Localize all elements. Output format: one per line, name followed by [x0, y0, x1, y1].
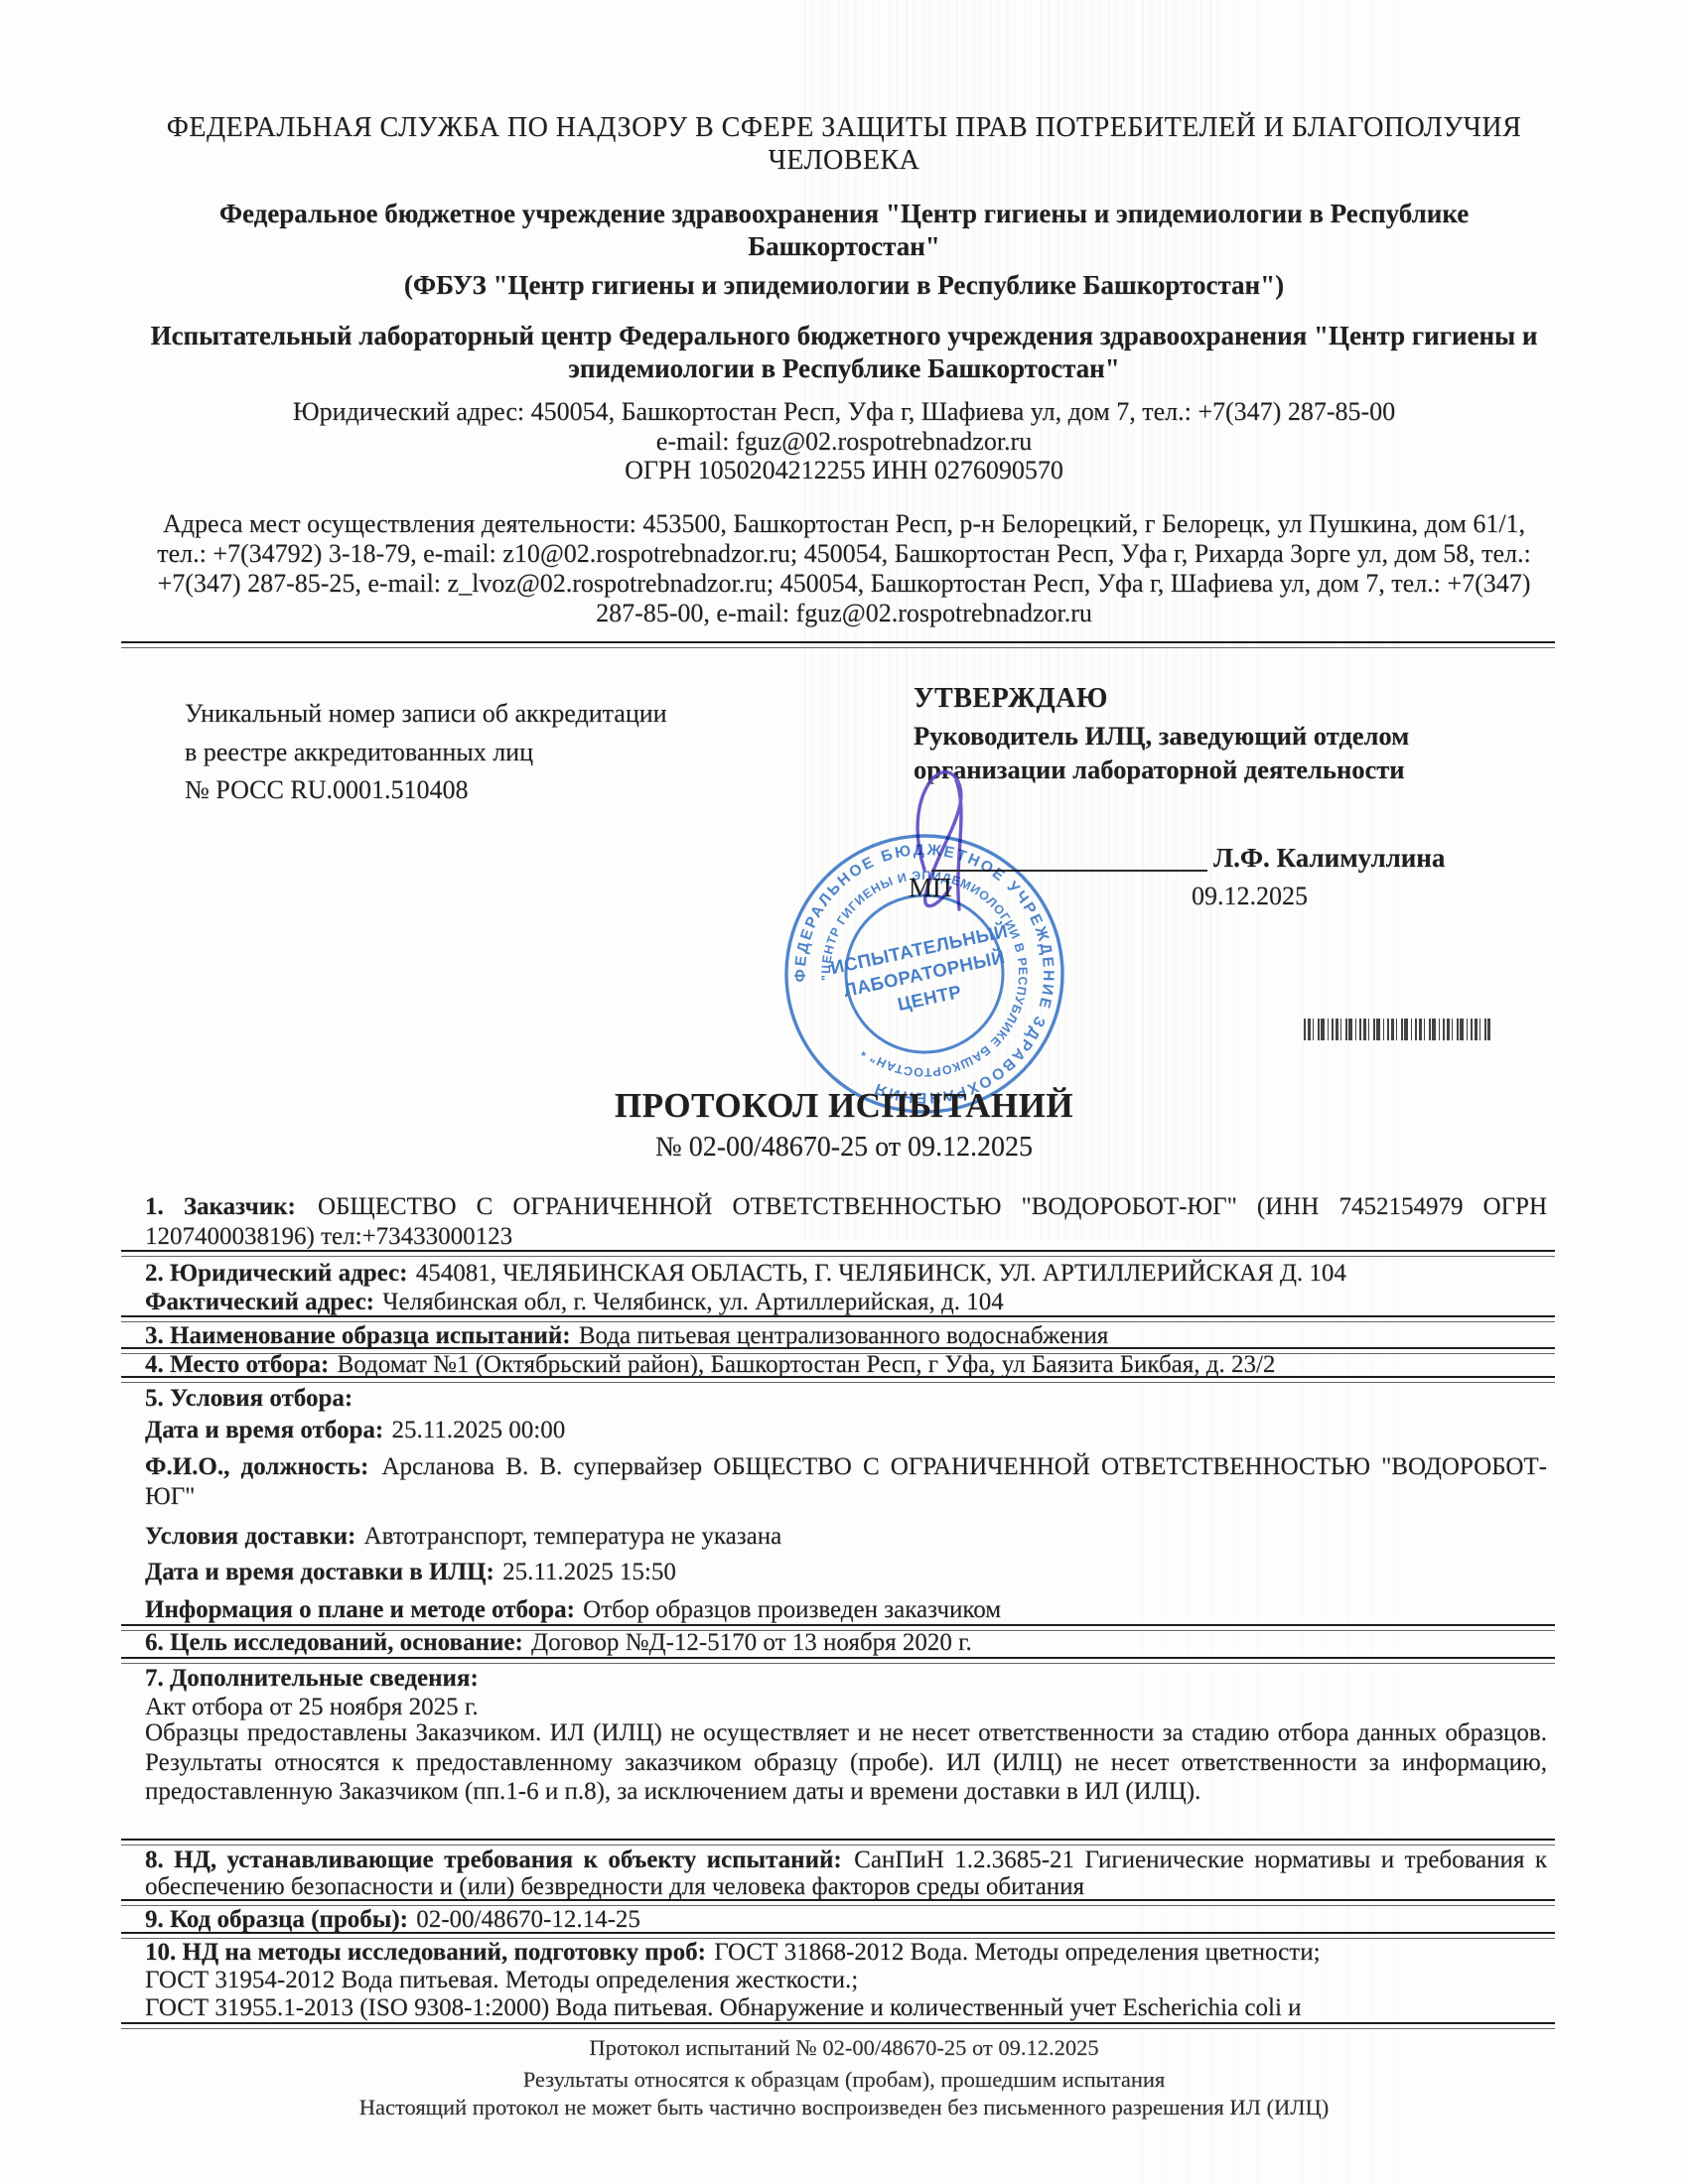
federal-service-name: ФЕДЕРАЛЬНАЯ СЛУЖБА ПО НАДЗОРУ В СФЕРЕ ЗА…	[149, 111, 1539, 177]
approver-role-line-2: организации лабораторной деятельности	[914, 753, 1410, 787]
section-9-sample-code: 9. Код образца (пробы): 02-00/48670-12.1…	[145, 1906, 1547, 1933]
approver-role: Руководитель ИЛЦ, заведующий отделом орг…	[914, 720, 1410, 786]
delivery-datetime-row: Дата и время доставки в ИЛЦ: 25.11.2025 …	[145, 1558, 1547, 1587]
divider	[121, 2022, 1555, 2029]
delivery-conditions-value: Автотранспорт, температура не указана	[364, 1523, 782, 1550]
approval-title: УТВЕРЖДАЮ	[914, 683, 1410, 715]
testing-laboratory-center-name: Испытательный лабораторный центр Федерал…	[149, 320, 1539, 385]
sampling-datetime-value: 25.11.2025 00:00	[391, 1417, 565, 1443]
divider	[121, 1657, 1555, 1664]
section-1-customer: 1. Заказчик: ОБЩЕСТВО С ОГРАНИЧЕННОЙ ОТВ…	[145, 1192, 1547, 1252]
email-line: e-mail: fguz@02.rospotrebnadzor.ru	[149, 427, 1539, 456]
footer-results-note: Результаты относятся к образцам (пробам)…	[149, 2067, 1539, 2093]
approver-name: Л.Ф. Калимуллина	[1213, 843, 1445, 874]
divider	[121, 1250, 1555, 1257]
sampler-name-row: Ф.И.О., должность: Арсланова В. В. супер…	[145, 1452, 1547, 1512]
section-8-label: 8. НД, устанавливающие требования к объе…	[145, 1846, 842, 1873]
section-6-value: Договор №Д-12-5170 от 13 ноября 2020 г.	[531, 1629, 972, 1656]
letterhead: ФЕДЕРАЛЬНАЯ СЛУЖБА ПО НАДЗОРУ В СФЕРЕ ЗА…	[149, 111, 1539, 628]
round-stamp-icon: ФЕДЕРАЛЬНОЕ БЮДЖЕТНОЕ УЧРЕЖДЕНИЕ ЗДРАВОО…	[771, 820, 1078, 1128]
divider	[121, 1932, 1555, 1939]
section-10-line-1: 10. НД на методы исследований, подготовк…	[145, 1939, 1547, 1967]
section-2-label: 2. Юридический адрес:	[145, 1260, 407, 1287]
section-4-value: Водомат №1 (Октябрьский район), Башкорто…	[338, 1351, 1276, 1378]
divider	[121, 1899, 1555, 1906]
section-5-header: 5. Условия отбора:	[145, 1384, 1547, 1414]
legal-address: Юридический адрес: 450054, Башкортостан …	[149, 397, 1539, 427]
scanned-test-protocol-page: ФЕДЕРАЛЬНАЯ СЛУЖБА ПО НАДЗОРУ В СФЕРЕ ЗА…	[0, 0, 1688, 2184]
section-1-value: ОБЩЕСТВО С ОГРАНИЧЕННОЙ ОТВЕТСТВЕННОСТЬЮ…	[145, 1193, 1547, 1250]
accreditation-line-1: Уникальный номер записи об аккредитации	[185, 695, 721, 734]
approval-block: УТВЕРЖДАЮ Руководитель ИЛЦ, заведующий о…	[914, 683, 1410, 786]
actual-address-value: Челябинская обл, г. Челябинск, ул. Артил…	[382, 1289, 1003, 1315]
section-9-value: 02-00/48670-12.14-25	[416, 1906, 640, 1933]
section-8-requirements: 8. НД, устанавливающие требования к объе…	[145, 1846, 1547, 1900]
sampling-datetime-row: Дата и время отбора: 25.11.2025 00:00	[145, 1416, 1547, 1445]
sampling-datetime-label: Дата и время отбора:	[145, 1417, 383, 1443]
organization-full-name: Федеральное бюджетное учреждение здравоо…	[149, 198, 1539, 263]
footer-protocol-reference: Протокол испытаний № 02-00/48670-25 от 0…	[149, 2035, 1539, 2061]
section-6-label: 6. Цель исследований, основание:	[145, 1629, 523, 1656]
divider	[121, 1376, 1555, 1383]
activity-addresses: Адреса мест осуществления деятельности: …	[149, 509, 1539, 628]
actual-address-label: Фактический адрес:	[145, 1289, 374, 1315]
section-3-value: Вода питьевая централизованного водоснаб…	[579, 1322, 1108, 1349]
section-6-purpose: 6. Цель исследований, основание: Договор…	[145, 1629, 1547, 1657]
section-10-label: 10. НД на методы исследований, подготовк…	[145, 1939, 706, 1966]
header-divider	[121, 641, 1555, 648]
section-2-legal-address: 2. Юридический адрес: 454081, ЧЕЛЯБИНСКА…	[145, 1259, 1547, 1289]
delivery-conditions-label: Условия доставки:	[145, 1523, 355, 1550]
document-number: № 02-00/48670-25 от 09.12.2025	[149, 1132, 1539, 1163]
footer-reproduction-note: Настоящий протокол не может быть частичн…	[149, 2095, 1539, 2120]
ogrn-inn-line: ОГРН 1050204212255 ИНН 0276090570	[149, 456, 1539, 484]
document-title: ПРОТОКОЛ ИСПЫТАНИЙ	[149, 1086, 1539, 1126]
section-5-label: 5. Условия отбора:	[145, 1385, 352, 1412]
sampling-plan-label: Информация о плане и методе отбора:	[145, 1596, 575, 1623]
section-4-label: 4. Место отбора:	[145, 1351, 329, 1378]
delivery-conditions-row: Условия доставки: Автотранспорт, темпера…	[145, 1522, 1547, 1552]
section-2-value: 454081, ЧЕЛЯБИНСКАЯ ОБЛАСТЬ, Г. ЧЕЛЯБИНС…	[416, 1260, 1346, 1287]
gost-method-3: ГОСТ 31955.1-2013 (ISO 9308-1:2000) Вода…	[145, 1994, 1547, 2022]
section-1-label: 1. Заказчик:	[145, 1193, 296, 1220]
section-7-label: 7. Дополнительные сведения:	[145, 1665, 479, 1692]
divider	[121, 1839, 1555, 1845]
accreditation-number: № РОСС RU.0001.510408	[185, 771, 721, 810]
section-7-disclaimer: Образцы предоставлены Заказчиком. ИЛ (ИЛ…	[145, 1718, 1547, 1807]
sampling-plan-row: Информация о плане и методе отбора: Отбо…	[145, 1595, 1547, 1625]
accreditation-block: Уникальный номер записи об аккредитации …	[185, 695, 721, 810]
gost-method-2: ГОСТ 31954-2012 Вода питьевая. Методы оп…	[145, 1967, 1547, 1994]
delivery-datetime-label: Дата и время доставки в ИЛЦ:	[145, 1559, 494, 1585]
section-3-label: 3. Наименование образца испытаний:	[145, 1322, 571, 1349]
sampling-plan-value: Отбор образцов произведен заказчиком	[583, 1596, 1001, 1623]
approval-date: 09.12.2025	[1192, 882, 1308, 911]
sampler-name-label: Ф.И.О., должность:	[145, 1453, 368, 1480]
section-7-header: 7. Дополнительные сведения:	[145, 1664, 1547, 1694]
barcode-icon	[1304, 1019, 1490, 1040]
section-2-actual-address: Фактический адрес: Челябинская обл, г. Ч…	[145, 1288, 1547, 1317]
accreditation-line-2: в реестре аккредитованных лиц	[185, 734, 721, 772]
delivery-datetime-value: 25.11.2025 15:50	[502, 1559, 676, 1585]
approver-role-line-1: Руководитель ИЛЦ, заведующий отделом	[914, 720, 1410, 753]
gost-method-1: ГОСТ 31868-2012 Вода. Методы определения…	[714, 1939, 1320, 1966]
section-9-label: 9. Код образца (пробы):	[145, 1906, 408, 1933]
section-10-methods: 10. НД на методы исследований, подготовк…	[145, 1939, 1547, 2022]
organization-short-name: (ФБУЗ "Центр гигиены и эпидемиологии в Р…	[149, 270, 1539, 301]
